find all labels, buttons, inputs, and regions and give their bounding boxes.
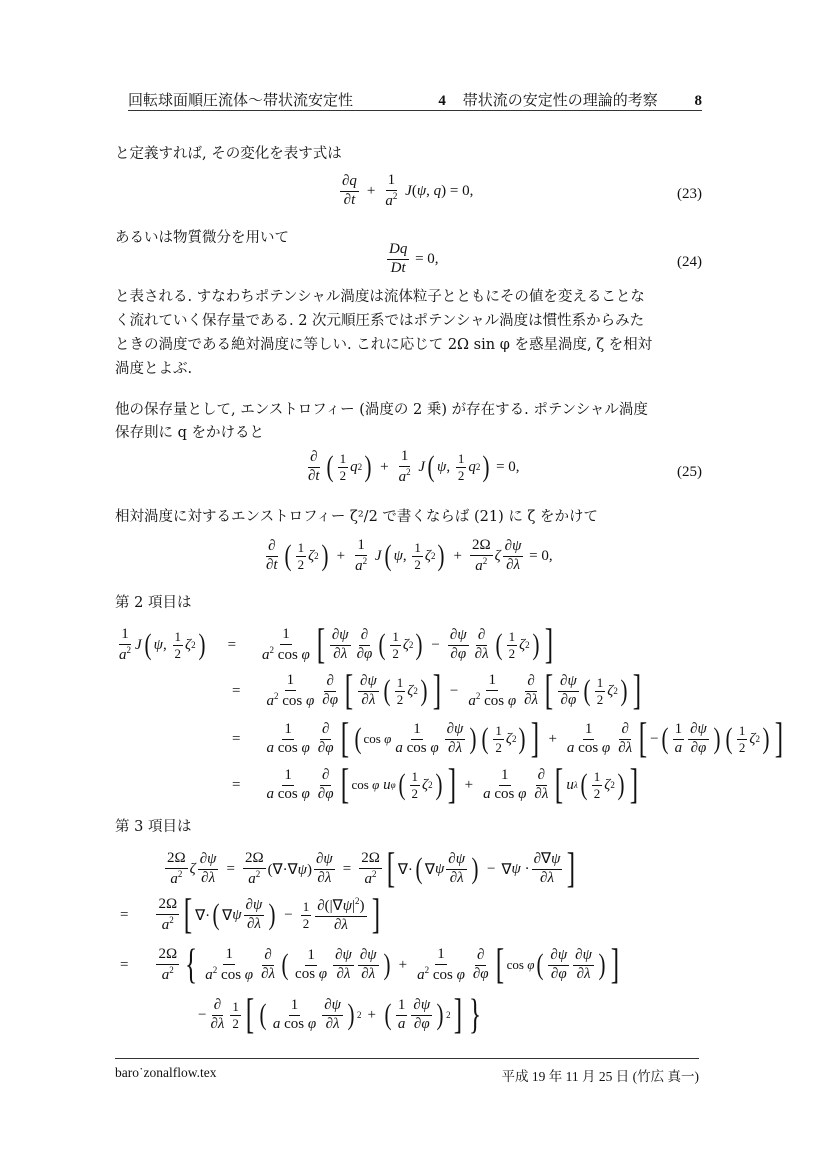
second-term-line-1: 1a2J (ψ, 12ζ2) = 1a2 cos φ [ ∂ψ∂λ ∂∂φ (1… — [115, 624, 556, 666]
page-number: 8 — [695, 93, 703, 109]
section-title: 帯状流の安定性の理論的考察 — [463, 91, 658, 109]
paragraph-material-derivative: あるいは物質微分を用いて — [115, 226, 289, 250]
running-header: 回転球面順圧流体〜帯状流安定性 4 帯状流の安定性の理論的考察 8 — [128, 88, 702, 111]
equation-number-25: (25) — [677, 464, 702, 481]
document-page: 回転球面順圧流体〜帯状流安定性 4 帯状流の安定性の理論的考察 8 と定義すれば… — [0, 0, 826, 1169]
third-term-line-3: = 2Ωa2 { 1a2 cos φ ∂∂λ ( 1cos φ ∂ψ∂λ ∂ψ∂… — [120, 944, 622, 986]
third-term-line-1: 2Ωa2ζ ∂ψ∂λ = 2Ωa2 (∇·∇ψ) ∂ψ∂λ = 2Ωa2 [∇·… — [163, 848, 578, 890]
paragraph-second-term: 第 2 項目は — [115, 591, 191, 615]
paragraph-pv-line-2: く流れていく保存量である. 2 次元順圧系ではポテンシャル渦度は慣性系からみた — [115, 309, 644, 333]
page-footer: baro˙zonalflow.tex 平成 19 年 11 月 25 日 (竹広… — [115, 1058, 699, 1059]
paragraph-pv-line-4: 渦度とよぶ. — [115, 357, 192, 381]
equation-23: ∂q∂t + 1a2 J(ψ, q) = 0, — [338, 173, 473, 210]
section-heading: 4 帯状流の安定性の理論的考察 8 — [438, 89, 702, 110]
third-term-line-4: − ∂∂λ 12 [ ( 1a cos φ ∂ψ∂λ )2 + ( 1a ∂ψ∂… — [198, 994, 485, 1036]
second-term-line-2: = 1a2 cos φ ∂∂φ [ ∂ψ∂λ (12ζ2) ] − 1a2 co… — [232, 670, 644, 712]
paragraph-enstrophy-line-2: 保存則に q をかけると — [115, 421, 264, 445]
paragraph-third-term: 第 3 項目は — [115, 815, 191, 839]
footer-date-author: 平成 19 年 11 月 25 日 (竹広 真一) — [502, 1065, 700, 1085]
paragraph-pv-line-3: ときの渦度である絶対渦度に等しい. これに応じて 2Ω sin φ を惑星渦度,… — [115, 333, 652, 357]
paragraph-relative-enstrophy: 相対渦度に対するエンストロフィー ζ²/2 で書くならば (21) に ζ をか… — [115, 505, 598, 529]
section-number: 4 — [438, 93, 446, 109]
paragraph-definition: と定義すれば, その変化を表す式は — [115, 142, 342, 166]
equation-relative-enstrophy: ∂∂t (12ζ2) + 1a2 J (ψ, 12ζ2) + 2Ωa2ζ ∂ψ∂… — [262, 538, 553, 575]
running-title: 回転球面順圧流体〜帯状流安定性 — [128, 89, 353, 110]
equation-number-23: (23) — [677, 186, 702, 203]
equation-25: ∂∂t (12q2) + 1a2 J (ψ, 12q2) = 0, — [304, 449, 520, 486]
second-term-line-3: = 1a cos φ ∂∂φ [( cos φ 1a cos φ ∂ψ∂λ ) … — [232, 718, 786, 760]
paragraph-enstrophy-line-1: 他の保存量として, エンストロフィー (渦度の 2 乗) が存在する. ポテンシ… — [115, 398, 648, 422]
third-term-line-2: = 2Ωa2 [∇· (∇ψ ∂ψ∂λ ) − 12 ∂(|∇ψ|2)∂λ ] — [120, 894, 383, 936]
footer-filename: baro˙zonalflow.tex — [115, 1065, 216, 1081]
second-term-line-4: = 1a cos φ ∂∂φ [ cos φ uφ (12ζ2) ] + 1a … — [232, 764, 641, 806]
equation-number-24: (24) — [677, 254, 702, 271]
paragraph-pv-line-1: と表される. すなわちポテンシャル渦度は流体粒子とともにその値を変えることな — [115, 285, 645, 309]
equation-24: DqDt = 0, — [385, 242, 439, 277]
